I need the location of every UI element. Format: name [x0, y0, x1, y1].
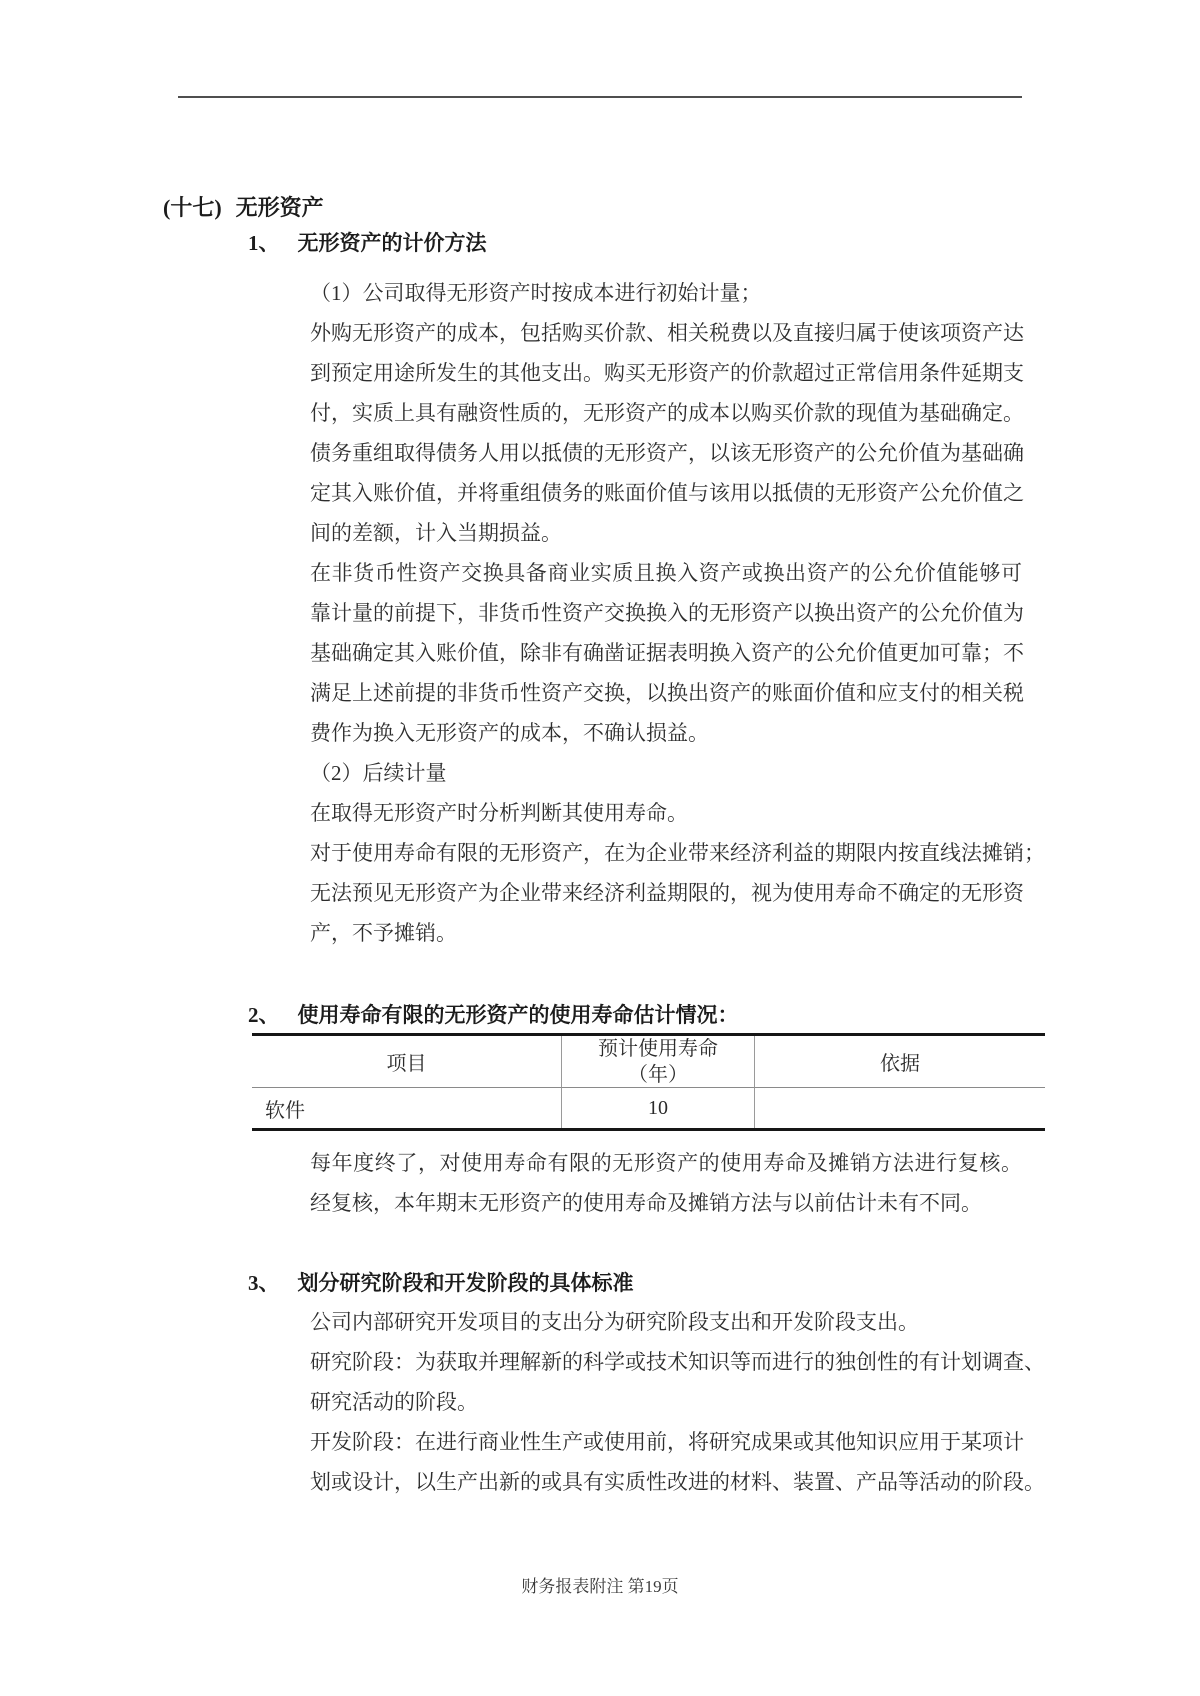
item-1-heading: 1、 无形资产的计价方法: [248, 228, 487, 258]
item-1-number: 1、: [248, 228, 280, 258]
paragraph-line: 定其入账价值，并将重组债务的账面价值与该用以抵债的无形资产公允价值之: [310, 473, 1022, 513]
useful-life-table: 项目 预计使用寿命 （年） 依据 软件 10: [252, 1033, 1045, 1131]
paragraph-line: （1）公司取得无形资产时按成本进行初始计量；: [310, 273, 1022, 313]
page-footer: 财务报表附注 第19页: [0, 1572, 1200, 1597]
paragraph-line: 基础确定其入账价值，除非有确凿证据表明换入资产的公允价值更加可靠；不: [310, 633, 1022, 673]
item-3-title: 划分研究阶段和开发阶段的具体标准: [298, 1268, 634, 1298]
col-header-item-label: 项目: [387, 1047, 427, 1076]
paragraph-line: 到预定用途所发生的其他支出。购买无形资产的价款超过正常信用条件延期支: [310, 353, 1022, 393]
paragraph-line: 划或设计，以生产出新的或具有实质性改进的材料、装置、产品等活动的阶段。: [310, 1462, 1022, 1502]
section-number-label: (十七): [163, 193, 222, 223]
col-header-useful-life-line2: （年）: [598, 1062, 718, 1088]
item-1-title: 无形资产的计价方法: [298, 228, 487, 258]
col-header-useful-life-stack: 预计使用寿命 （年）: [598, 1036, 718, 1088]
paragraph-line: 对于使用寿命有限的无形资产，在为企业带来经济利益的期限内按直线法摊销；: [310, 833, 1022, 873]
cell-basis-empty: [755, 1088, 1045, 1128]
paragraph-line: 靠计量的前提下，非货币性资产交换换入的无形资产以换出资产的公允价值为: [310, 593, 1022, 633]
cell-item-software: 软件: [252, 1088, 562, 1128]
item-1-paragraphs: （1）公司取得无形资产时按成本进行初始计量； 外购无形资产的成本，包括购买价款、…: [310, 273, 1022, 953]
item-3-heading: 3、 划分研究阶段和开发阶段的具体标准: [248, 1268, 634, 1298]
paragraph-line: 每年度终了，对使用寿命有限的无形资产的使用寿命及摊销方法进行复核。: [310, 1143, 1022, 1183]
item-2-heading: 2、 使用寿命有限的无形资产的使用寿命估计情况：: [248, 1000, 739, 1030]
cell-life-years: 10: [562, 1088, 755, 1128]
section-17-heading: (十七) 无形资产: [163, 193, 324, 223]
paragraph-line: 在取得无形资产时分析判断其使用寿命。: [310, 793, 1022, 833]
paragraph-line: 外购无形资产的成本，包括购买价款、相关税费以及直接归属于使该项资产达: [310, 313, 1022, 353]
paragraph-line: 研究活动的阶段。: [310, 1382, 1022, 1422]
paragraph-line: （2）后续计量: [310, 753, 1022, 793]
col-header-useful-life: 预计使用寿命 （年）: [562, 1036, 755, 1088]
section-title: 无形资产: [236, 193, 324, 223]
col-header-basis-label: 依据: [880, 1047, 920, 1076]
item-2-notes: 每年度终了，对使用寿命有限的无形资产的使用寿命及摊销方法进行复核。 经复核，本年…: [310, 1143, 1022, 1223]
item-2-number: 2、: [248, 1000, 280, 1030]
paragraph-line: 经复核，本年期末无形资产的使用寿命及摊销方法与以前估计未有不同。: [310, 1183, 1022, 1223]
paragraph-line: 费作为换入无形资产的成本，不确认损益。: [310, 713, 1022, 753]
paragraph-line: 在非货币性资产交换具备商业实质且换入资产或换出资产的公允价值能够可: [310, 553, 1022, 593]
paragraph-line: 产，不予摊销。: [310, 913, 1022, 953]
item-2-title: 使用寿命有限的无形资产的使用寿命估计情况：: [298, 1000, 739, 1030]
paragraph-line: 间的差额，计入当期损益。: [310, 513, 1022, 553]
item-3-number: 3、: [248, 1268, 280, 1298]
paragraph-line: 研究阶段：为获取并理解新的科学或技术知识等而进行的独创性的有计划调查、: [310, 1342, 1022, 1382]
col-header-useful-life-line1: 预计使用寿命: [598, 1036, 718, 1062]
paragraph-line: 开发阶段：在进行商业性生产或使用前，将研究成果或其他知识应用于某项计: [310, 1422, 1022, 1462]
document-page: (十七) 无形资产 1、 无形资产的计价方法 （1）公司取得无形资产时按成本进行…: [0, 0, 1200, 1696]
col-header-item: 项目: [252, 1036, 562, 1088]
paragraph-line: 满足上述前提的非货币性资产交换，以换出资产的账面价值和应支付的相关税: [310, 673, 1022, 713]
paragraph-line: 公司内部研究开发项目的支出分为研究阶段支出和开发阶段支出。: [310, 1302, 1022, 1342]
page-header-rule: [178, 96, 1022, 98]
paragraph-line: 债务重组取得债务人用以抵债的无形资产，以该无形资产的公允价值为基础确: [310, 433, 1022, 473]
col-header-basis: 依据: [755, 1036, 1045, 1088]
paragraph-line: 付，实质上具有融资性质的，无形资产的成本以购买价款的现值为基础确定。: [310, 393, 1022, 433]
paragraph-line: 无法预见无形资产为企业带来经济利益期限的，视为使用寿命不确定的无形资: [310, 873, 1022, 913]
item-3-paragraphs: 公司内部研究开发项目的支出分为研究阶段支出和开发阶段支出。 研究阶段：为获取并理…: [310, 1302, 1022, 1502]
